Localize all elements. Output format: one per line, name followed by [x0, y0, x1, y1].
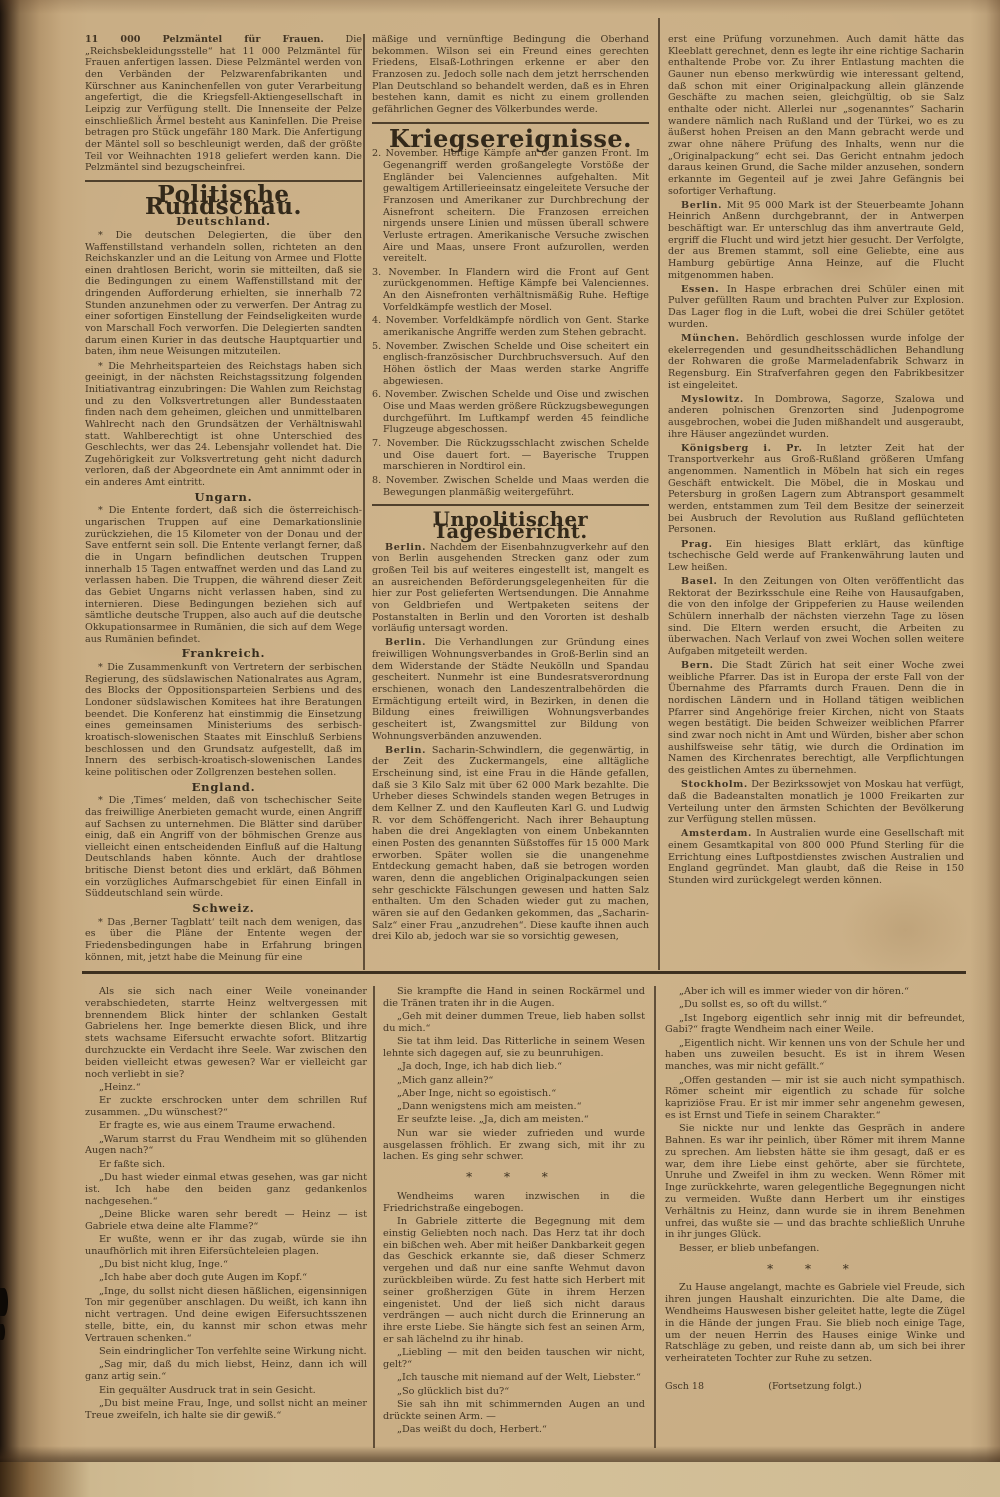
novel-column-3: „Aber ich will es immer wieder von dir h…	[665, 986, 965, 1452]
war-events-list: 2. November. Heftige Kämpfe an der ganze…	[372, 148, 649, 498]
news-paragraph: * Die Entente fordert, daß sich die öste…	[85, 505, 362, 645]
war-entry: 2. November. Heftige Kämpfe an der ganze…	[372, 148, 649, 265]
war-entry: 7. November. Die Rückzugsschlacht zwisch…	[372, 438, 649, 473]
novel-paragraph: Ein gequälter Ausdruck trat in sein Gesi…	[85, 1385, 367, 1397]
war-entry: 5. November. Zwischen Schelde und Oise s…	[372, 341, 649, 388]
novel-paragraph: „Aber Inge, nicht so egoistisch.“	[383, 1088, 645, 1100]
carryover-paragraph: erst eine Prüfung vorzunehmen. Auch dami…	[668, 34, 964, 197]
novel-paragraph: „Du hast wieder einmal etwas gesehen, wa…	[85, 1172, 367, 1207]
novel-paragraph: Sein eindringlicher Ton verfehlte seine …	[85, 1346, 367, 1358]
news-paragraph: * Das ‚Berner Tagblatt‘ teilt nach dem w…	[85, 917, 362, 964]
novel-paragraph: „Aber ich will es immer wieder von dir h…	[665, 986, 965, 998]
column-divider	[654, 986, 656, 1448]
novel-column-2: Sie krampfte die Hand in seinen Rockärme…	[383, 986, 645, 1452]
novel-paragraph: „So glücklich bist du?“	[383, 1386, 645, 1398]
novel-paragraph: Er fragte es, wie aus einem Traume erwac…	[85, 1120, 367, 1132]
item-lead: Myslowitz.	[681, 394, 744, 405]
news-item: Berlin. Sacharin-Schwindlern, die gegenw…	[372, 745, 649, 943]
subhead-schweiz: Schweiz.	[85, 903, 362, 915]
item-lead: 3. November.	[372, 267, 441, 278]
novel-paragraph: Sie tat ihm leid. Das Ritterliche in sei…	[383, 1036, 645, 1060]
printer-mark: Gsch 18	[665, 1381, 704, 1393]
item-lead: 5. November.	[372, 341, 438, 352]
ink-smudge	[0, 1288, 8, 1316]
novel-column-1: Als sie sich nach einer Weile voneinande…	[85, 986, 367, 1452]
novel-paragraph: „Geh mit deiner dummen Treue, lieb haben…	[383, 1011, 645, 1035]
novel-paragraph: In Gabriele zitterte die Begegnung mit d…	[383, 1216, 645, 1346]
right-column: erst eine Prüfung vorzunehmen. Auch dami…	[668, 34, 964, 972]
novel-column-3-text: „Aber ich will es immer wieder von dir h…	[665, 986, 965, 1365]
news-item: Basel. In den Zeitungen von Olten veröff…	[668, 576, 964, 658]
novel-paragraph: „Offen gestanden — mir ist sie auch nich…	[665, 1075, 965, 1122]
item-lead: 8. November.	[372, 475, 439, 486]
notice-lead: 11 000 Pelzmäntel für Frauen.	[85, 34, 324, 45]
news-item: Berlin. Die Verhandlungen zur Gründung e…	[372, 637, 649, 742]
news-item: Amsterdam. In Australien wurde eine Gese…	[668, 828, 964, 886]
novel-paragraph: „Ist Ingeborg eigentlich sehr innig mit …	[665, 1013, 965, 1037]
novel-paragraph: „Du bist meine Frau, Inge, und sollst ni…	[85, 1398, 367, 1422]
item-lead: Basel.	[681, 576, 717, 587]
political-review-title: Politische Rundschau.	[85, 189, 362, 212]
left-column: 11 000 Pelzmäntel für Frauen. Die „Reich…	[85, 34, 362, 972]
news-item: Berlin. Mit 95 000 Mark ist der Steuerbe…	[668, 200, 964, 282]
novel-paragraph: Zu Hause angelangt, machte es Gabriele v…	[665, 1282, 965, 1365]
item-lead: Stockholm.	[681, 779, 748, 790]
novel-paragraph: „Sag mir, daß du mich liebst, Heinz, dan…	[85, 1359, 367, 1383]
novel-paragraph: Er wußte, wenn er ihr das zugab, würde s…	[85, 1234, 367, 1258]
novel-paragraph: Besser, er blieb unbefangen.	[665, 1243, 965, 1255]
carryover-paragraph: mäßige und vernünftige Bedingung die Obe…	[372, 34, 649, 116]
novel-paragraph: Nun war sie wieder zufrieden und wurde a…	[383, 1128, 645, 1163]
novel-paragraph: Wendheims waren inzwischen in die Friedr…	[383, 1191, 645, 1215]
news-item: Berlin. Nachdem der Eisenbahnzugverkehr …	[372, 542, 649, 635]
section-ungarn: * Die Entente fordert, daß sich die öste…	[85, 505, 362, 645]
column-divider	[373, 986, 375, 1448]
news-paragraph: * Die Mehrheitsparteien des Reichstags h…	[85, 361, 362, 489]
novel-paragraph: „Ich tausche mit niemand auf der Welt, L…	[383, 1372, 645, 1384]
section-frankreich: * Die Zusammenkunft von Vertretern der s…	[85, 662, 362, 779]
news-item: Bern. Die Stadt Zürich hat seit einer Wo…	[668, 660, 964, 777]
subhead-deutschland: Deutschland.	[85, 216, 362, 228]
item-lead: Amsterdam.	[681, 828, 752, 839]
star-separator: * * *	[383, 1172, 645, 1184]
novel-paragraph: „Ja doch, Inge, ich hab dich lieb.“	[383, 1061, 645, 1073]
section-deutschland: * Die deutschen Delegierten, die über de…	[85, 230, 362, 489]
novel-paragraph: „Inge, du sollst nicht diesen häßlichen,…	[85, 1286, 367, 1345]
item-lead: 2. November.	[372, 148, 438, 159]
daily-report-title: Unpolitischer Tagesbericht.	[372, 514, 649, 537]
novel-paragraph: „Eigentlich nicht. Wir kennen uns von de…	[665, 1038, 965, 1073]
news-item: Myslowitz. In Dombrowa, Sagorze, Szalowa…	[668, 394, 964, 441]
item-lead: Berlin.	[681, 200, 722, 211]
notice-paragraph: 11 000 Pelzmäntel für Frauen. Die „Reich…	[85, 34, 362, 174]
novel-paragraph: Als sie sich nach einer Weile voneinande…	[85, 986, 367, 1080]
war-entry: 4. November. Vorfeldkämpfe nördlich von …	[372, 315, 649, 338]
war-entry: 8. November. Zwischen Schelde und Maas w…	[372, 475, 649, 498]
novel-paragraph: „Du sollst es, so oft du willst.“	[665, 999, 965, 1011]
item-lead: Essen.	[681, 284, 719, 295]
news-item: Königsberg i. Pr. In letzter Zeit hat de…	[668, 443, 964, 536]
daily-report-list: Berlin. Nachdem der Eisenbahnzugverkehr …	[372, 542, 649, 943]
subhead-ungarn: Ungarn.	[85, 492, 362, 504]
item-lead: Berlin.	[385, 637, 426, 648]
item-lead: Königsberg i. Pr.	[681, 443, 803, 454]
novel-paragraph: Er zuckte erschrocken unter dem schrille…	[85, 1095, 367, 1119]
novel-paragraph: „Ich habe aber doch gute Augen im Kopf.“	[85, 1272, 367, 1284]
notice-text: Die „Reichsbekleidungsstelle“ hat 11 000…	[85, 34, 362, 173]
star-separator: * * *	[665, 1264, 965, 1276]
newspaper-page: 11 000 Pelzmäntel für Frauen. Die „Reich…	[0, 0, 1000, 1497]
novel-paragraph: „Das weißt du doch, Herbert.“	[383, 1424, 645, 1436]
subhead-frankreich: Frankreich.	[85, 648, 362, 660]
novel-paragraph: „Deine Blicke waren sehr beredt — Heinz …	[85, 1209, 367, 1233]
news-item: Stockholm. Der Bezirkssowjet von Moskau …	[668, 779, 964, 826]
novel-paragraph: „Dann wenigstens mich am meisten.“	[383, 1101, 645, 1113]
news-paragraph: * Die ‚Times‘ melden, daß von tschechisc…	[85, 795, 362, 900]
novel-paragraph: „Mich ganz allein?“	[383, 1075, 645, 1087]
column-divider	[363, 34, 365, 970]
novel-paragraph: „Warum starrst du Frau Wendheim mit so g…	[85, 1134, 367, 1158]
ink-smudge	[0, 1324, 5, 1340]
section-england: * Die ‚Times‘ melden, daß von tschechisc…	[85, 795, 362, 900]
subhead-england: England.	[85, 782, 362, 794]
item-lead: 7. November.	[372, 438, 439, 449]
item-lead: Prag.	[681, 539, 713, 550]
news-item: Prag. Ein hiesiges Blatt erklärt, das kü…	[668, 539, 964, 574]
item-lead: Bern.	[681, 660, 714, 671]
novel-paragraph: Sie krampfte die Hand in seinen Rockärme…	[383, 986, 645, 1010]
war-events-title: Kriegsereignisse.	[372, 133, 649, 145]
item-lead: Berlin.	[385, 542, 426, 553]
continuation-note: (Fortsetzung folgt.)	[768, 1381, 861, 1392]
novel-paragraph: Er faßte sich.	[85, 1159, 367, 1171]
column-divider	[658, 18, 660, 970]
city-news-list: Berlin. Mit 95 000 Mark ist der Steuerbe…	[668, 200, 964, 887]
novel-paragraph: Sie nickte nur und lenkte das Gespräch i…	[665, 1123, 965, 1241]
novel-paragraph: Sie sah ihn mit schimmernden Augen an un…	[383, 1399, 645, 1423]
novel-paragraph: Er seufzte leise. „Ja, dich am meisten.“	[383, 1114, 645, 1126]
novel-paragraph: „Du bist nicht klug, Inge.“	[85, 1259, 367, 1271]
underlying-page-edge	[0, 1462, 1000, 1497]
novel-paragraph: „Liebling — mit den beiden tauschen wir …	[383, 1347, 645, 1371]
news-item: München. Behördlich geschlossen wurde in…	[668, 333, 964, 391]
war-entry: 6. November. Zwischen Schelde und Oise u…	[372, 389, 649, 436]
news-paragraph: * Die deutschen Delegierten, die über de…	[85, 230, 362, 358]
middle-column: mäßige und vernünftige Bedingung die Obe…	[372, 34, 649, 972]
section-rule	[372, 504, 649, 506]
section-schweiz: * Das ‚Berner Tagblatt‘ teilt nach dem w…	[85, 917, 362, 964]
novel-footer: Gsch 18 (Fortsetzung folgt.)	[665, 1381, 965, 1395]
war-entry: 3. November. In Flandern wird die Front …	[372, 267, 649, 314]
item-lead: 6. November.	[372, 389, 438, 400]
item-lead: München.	[681, 333, 740, 344]
item-lead: Berlin.	[385, 745, 426, 756]
news-item: Essen. In Haspe erbrachen drei Schüler e…	[668, 284, 964, 331]
news-paragraph: * Die Zusammenkunft von Vertretern der s…	[85, 662, 362, 779]
novel-paragraph: „Heinz.“	[85, 1082, 367, 1094]
item-lead: 4. November.	[372, 315, 439, 326]
